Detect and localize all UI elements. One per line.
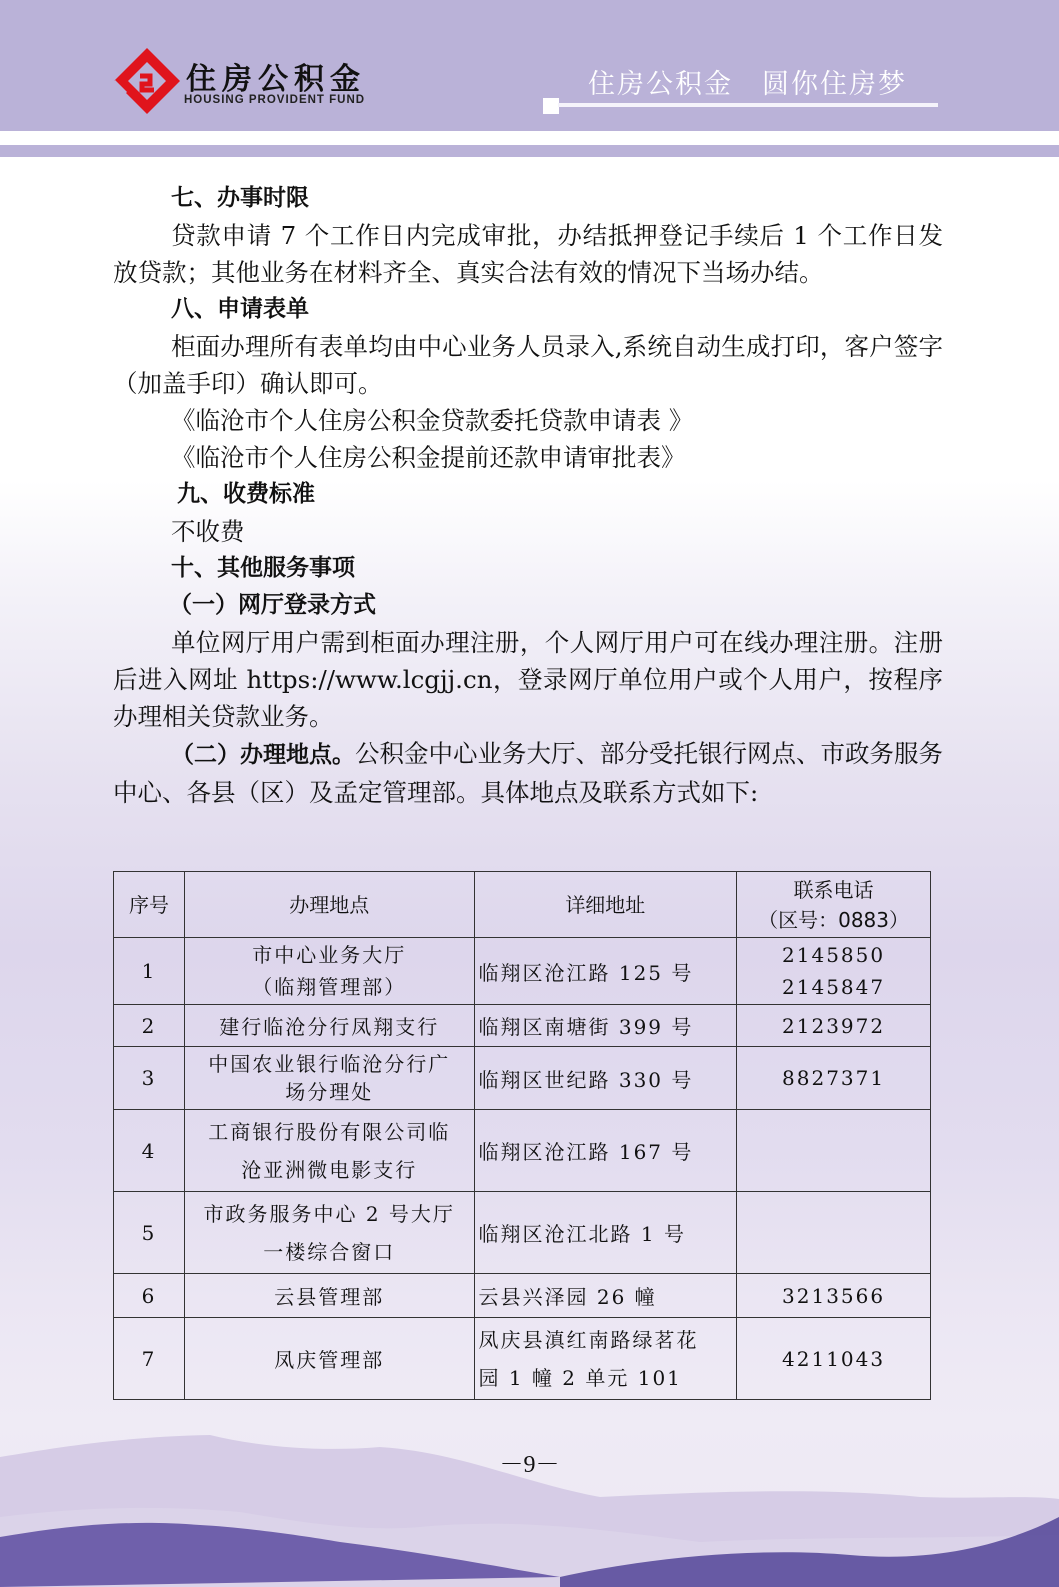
section-10-title: 十、其他服务事项 <box>113 550 943 587</box>
logo-text-en: HOUSING PROVIDENT FUND <box>184 94 365 106</box>
table-row: 4 工商银行股份有限公司临沧亚洲微电影支行 临翔区沧江路 167 号 <box>114 1110 931 1192</box>
locations-table: 序号 办理地点 详细地址 联系电话（区号：0883） 1 市中心业务大厅（临翔管… <box>113 871 931 1400</box>
section-8-form-2: 《临沧市个人住房公积金提前还款申请审批表》 <box>113 439 943 476</box>
header-place: 办理地点 <box>184 872 474 938</box>
table-row: 6 云县管理部 云县兴泽园 26 幢 3213566 <box>114 1274 931 1318</box>
header-phone: 联系电话（区号：0883） <box>737 872 931 938</box>
logo-text-cn: 住房公积金 <box>186 54 366 98</box>
section-8-title: 八、申请表单 <box>113 291 943 328</box>
page-number: －9－ <box>0 1444 1059 1479</box>
table-row: 1 市中心业务大厅（临翔管理部） 临翔区沧江路 125 号 2145850214… <box>114 938 931 1005</box>
table-row: 3 中国农业银行临沧分行广场分理处 临翔区世纪路 330 号 8827371 <box>114 1047 931 1110</box>
section-10-1-title: （一）网厅登录方式 <box>113 587 943 624</box>
header-no: 序号 <box>114 872 185 938</box>
slogan-underline <box>558 103 938 107</box>
table-row: 7 凤庆管理部 凤庆县滇红南路绿茗花园 1 幢 2 单元 101 4211043 <box>114 1318 931 1400</box>
header-address: 详细地址 <box>474 872 737 938</box>
table-row: 5 市政务服务中心 2 号大厅一楼综合窗口 临翔区沧江北路 1 号 <box>114 1192 931 1274</box>
section-10-1-body: 单位网厅用户需到柜面办理注册，个人网厅用户可在线办理注册。注册后进入网址 htt… <box>113 624 943 735</box>
section-10-2-title: （二）办理地点。 <box>171 742 355 768</box>
header-secondary-band <box>0 145 1059 157</box>
slogan: 住房公积金 圆你住房梦 <box>588 62 907 101</box>
header-band: 住房公积金 HOUSING PROVIDENT FUND 住房公积金 圆你住房梦 <box>0 0 1059 131</box>
slogan-square-decoration <box>543 98 559 114</box>
section-8-body: 柜面办理所有表单均由中心业务人员录入,系统自动生成打印，客户签字（加盖手印）确认… <box>113 328 943 402</box>
document-body: 七、办事时限 贷款申请 7 个工作日内完成审批，办结抵押登记手续后 1 个工作日… <box>113 180 943 811</box>
table-row: 2 建行临沧分行凤翔支行 临翔区南塘街 399 号 2123972 <box>114 1005 931 1047</box>
section-7-title: 七、办事时限 <box>113 180 943 217</box>
section-9-title: 九、收费标准 <box>113 476 943 513</box>
section-9-body: 不收费 <box>113 513 943 550</box>
section-7-body: 贷款申请 7 个工作日内完成审批，办结抵押登记手续后 1 个工作日发放贷款；其他… <box>113 217 943 291</box>
housing-fund-logo-icon <box>112 46 182 116</box>
table-header-row: 序号 办理地点 详细地址 联系电话（区号：0883） <box>114 872 931 938</box>
section-10-2-paragraph: （二）办理地点。公积金中心业务大厅、部分受托银行网点、市政务服务中心、各县（区）… <box>113 735 943 811</box>
section-8-form-1: 《临沧市个人住房公积金贷款委托贷款申请表 》 <box>113 402 943 439</box>
